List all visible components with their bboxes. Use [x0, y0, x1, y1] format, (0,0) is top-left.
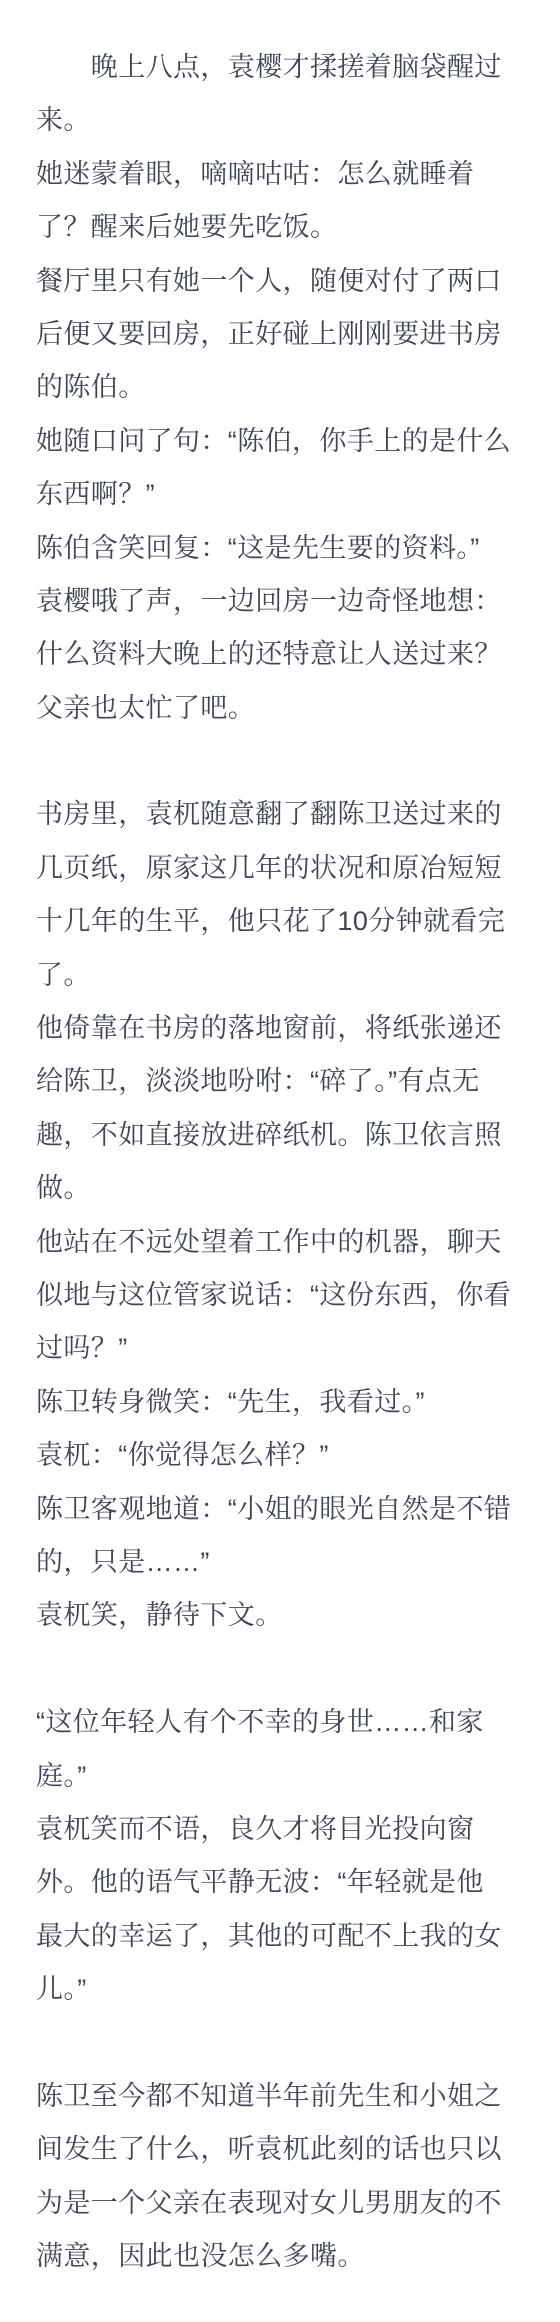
text-line: 做。 [36, 1162, 524, 1215]
text-line: 陈卫转身微笑：“先生，我看过。” [36, 1376, 524, 1429]
text-line: 东西啊？” [36, 468, 524, 521]
text-line: 陈卫客观地道：“小姐的眼光自然是不错 [36, 1483, 524, 1536]
text-line: 了。 [36, 949, 524, 1002]
text-line: 间发生了什么，听袁杌此刻的话也只以 [36, 2123, 524, 2176]
text-line: 父亲也太忙了吧。 [36, 682, 524, 735]
text-line: 袁杌笑，静待下文。 [36, 1589, 524, 1642]
text-line: 几页纸，原家这几年的状况和原冶短短 [36, 842, 524, 895]
text-line: 庭。” [36, 1750, 524, 1803]
text-line: 外。他的语气平静无波：“年轻就是他 [36, 1856, 524, 1909]
text-line: 趣，不如直接放进碎纸机。陈卫依言照 [36, 1109, 524, 1162]
text-line: 他站在不远处望着工作中的机器，聊天 [36, 1216, 524, 1269]
text-line: 陈伯含笑回复：“这是先生要的资料。” [36, 522, 524, 575]
text-line: 满意，因此也没怎么多嘴。 [36, 2230, 524, 2283]
text-line: 似地与这位管家说话：“这份东西，你看 [36, 1269, 524, 1322]
novel-text: 晚上八点，袁樱才揉搓着脑袋醒过来。她迷蒙着眼，嘀嘀咕咕：怎么就睡着了？醒来后她要… [36, 41, 524, 2283]
text-line: 书房里，袁杌随意翻了翻陈卫送过来的 [36, 788, 524, 841]
text-line: 的，只是……” [36, 1536, 524, 1589]
text-line: 她随口问了句：“陈伯，你手上的是什么 [36, 415, 524, 468]
blank-line [36, 1643, 524, 1696]
text-line: 餐厅里只有她一个人，随便对付了两口 [36, 255, 524, 308]
text-line: 最大的幸运了，其他的可配不上我的女 [36, 1910, 524, 1963]
blank-line [36, 2016, 524, 2069]
text-line: 陈卫至今都不知道半年前先生和小姐之 [36, 2070, 524, 2123]
blank-line [36, 735, 524, 788]
text-line: 了？醒来后她要先吃饭。 [36, 201, 524, 254]
text-line: 后便又要回房，正好碰上刚刚要进书房 [36, 308, 524, 361]
text-line: 来。 [36, 94, 524, 147]
text-line: 过吗？” [36, 1322, 524, 1375]
text-line: 儿。” [36, 1963, 524, 2016]
novel-page: 晚上八点，袁樱才揉搓着脑袋醒过来。她迷蒙着眼，嘀嘀咕咕：怎么就睡着了？醒来后她要… [0, 0, 560, 2322]
text-line: 袁杌笑而不语，良久才将目光投向窗 [36, 1803, 524, 1856]
text-line: 给陈卫，淡淡地吩咐：“碎了。”有点无 [36, 1055, 524, 1108]
text-line: 她迷蒙着眼，嘀嘀咕咕：怎么就睡着 [36, 148, 524, 201]
text-line: 他倚靠在书房的落地窗前，将纸张递还 [36, 1002, 524, 1055]
text-line: 为是一个父亲在表现对女儿男朋友的不 [36, 2177, 524, 2230]
reader-body: { "page": { "background_color": "#ffffff… [0, 0, 560, 2322]
text-line: 的陈伯。 [36, 361, 524, 414]
text-line: 袁杌：“你觉得怎么样？” [36, 1429, 524, 1482]
text-line: 袁樱哦了声，一边回房一边奇怪地想： [36, 575, 524, 628]
text-line: 十几年的生平，他只花了10分钟就看完 [36, 895, 524, 948]
text-line: 什么资料大晚上的还特意让人送过来？ [36, 628, 524, 681]
text-line: 晚上八点，袁樱才揉搓着脑袋醒过 [36, 41, 524, 94]
text-line: “这位年轻人有个不幸的身世……和家 [36, 1696, 524, 1749]
